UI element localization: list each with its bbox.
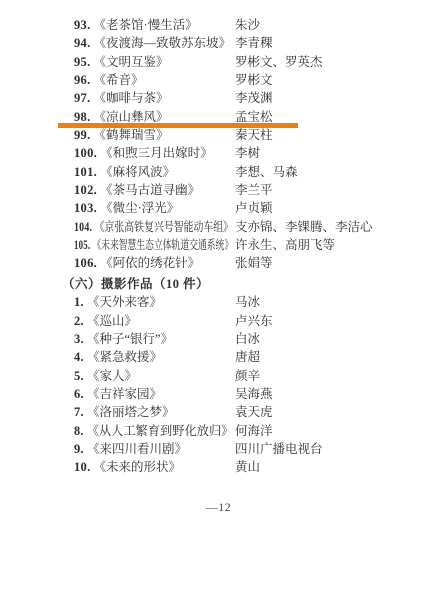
item-title: 《麻将风波》 (100, 165, 175, 179)
item-number: 4. (74, 350, 84, 364)
item-number: 95. (74, 55, 91, 69)
item-title-cell: 10.《未来的形状》 (74, 458, 235, 476)
list-item: 2.《巡山》卢兴东 (74, 312, 429, 330)
item-title: 《家人》 (87, 369, 137, 383)
item-number: 10. (74, 460, 91, 474)
list-item: 100.《和煦三月出嫁时》李树 (74, 144, 429, 162)
item-authors: 卢兴东 (235, 312, 273, 330)
item-authors: 秦天柱 (235, 126, 273, 144)
list-item: 102.《茶马古道寻幽》李兰平 (74, 181, 429, 199)
item-title: 《文明互鉴》 (94, 55, 169, 69)
item-title: 《未来智慧生态立体轨道交通系统》 (92, 238, 233, 252)
list-item: 93.《老茶馆·慢生活》朱沙 (74, 16, 429, 34)
list-item: 101.《麻将风波》李想、马森 (74, 163, 429, 181)
item-title-cell: 1.《天外来客》 (74, 293, 235, 311)
item-number: 104. (74, 220, 92, 234)
item-number: 1. (74, 295, 84, 309)
list-item: 97.《咖啡与茶》李茂渊 (74, 89, 429, 107)
item-number: 106. (74, 256, 97, 270)
item-authors: 四川广播电视台 (235, 440, 323, 458)
list-item: 8.《从人工繁育到野化放归》何海洋 (74, 422, 429, 440)
item-title-cell: 100.《和煦三月出嫁时》 (74, 144, 235, 162)
item-title-cell: 9.《来四川看川剧》 (74, 440, 235, 458)
item-authors: 何海洋 (235, 422, 273, 440)
item-number: 100. (74, 146, 97, 160)
list-item: 3.《种子“银行”》白冰 (74, 330, 429, 348)
item-number: 96. (74, 73, 91, 87)
item-number: 102. (74, 183, 97, 197)
item-title-cell: 104.《京张高铁复兴号智能动车组》 (74, 218, 201, 236)
item-number: 93. (74, 18, 91, 32)
item-authors: 张娟等 (235, 254, 273, 272)
item-title-cell: 6.《吉祥家园》 (74, 385, 235, 403)
item-title: 《天外来客》 (87, 295, 162, 309)
item-title-cell: 5.《家人》 (74, 367, 235, 385)
item-title: 《茶马古道寻幽》 (100, 183, 200, 197)
item-authors: 罗彬文 (235, 71, 273, 89)
item-title: 《凉山彝风》 (94, 110, 169, 124)
item-number: 101. (74, 165, 97, 179)
item-title: 《种子“银行”》 (87, 332, 173, 346)
item-number: 98. (74, 110, 91, 124)
item-authors: 李青稞 (235, 34, 273, 52)
list-item: 94.《夜渡海—致敬苏东坡》李青稞 (74, 34, 429, 52)
item-number: 7. (74, 405, 84, 419)
list-item: 9.《来四川看川剧》四川广播电视台 (74, 440, 429, 458)
item-authors: 白冰 (235, 330, 260, 348)
list-item: 106.《阿依的绣花针》张娟等 (74, 254, 429, 272)
item-title: 《鹤舞瑞雪》 (94, 128, 169, 142)
item-title: 《咖啡与茶》 (94, 91, 169, 105)
item-number: 2. (74, 314, 84, 328)
item-title-cell: 95.《文明互鉴》 (74, 53, 235, 71)
item-title: 《紧急救援》 (87, 350, 162, 364)
item-authors: 朱沙 (235, 16, 260, 34)
section-heading-photography: （六）摄影作品（10 件） (62, 275, 429, 293)
list-item: 7.《洛丽塔之梦》袁天虎 (74, 403, 429, 421)
list-item: 10.《未来的形状》黄山 (74, 458, 429, 476)
item-title: 《巡山》 (87, 314, 137, 328)
item-number: 9. (74, 442, 84, 456)
item-title-cell: 2.《巡山》 (74, 312, 235, 330)
item-title-cell: 102.《茶马古道寻幽》 (74, 181, 235, 199)
item-title-cell: 97.《咖啡与茶》 (74, 89, 235, 107)
highlight-underline (58, 123, 298, 128)
artworks-list: 93.《老茶馆·慢生活》朱沙 94.《夜渡海—致敬苏东坡》李青稞 95.《文明互… (74, 16, 429, 273)
page-content: 93.《老茶馆·慢生活》朱沙 94.《夜渡海—致敬苏东坡》李青稞 95.《文明互… (74, 16, 429, 477)
item-number: 105. (74, 238, 90, 252)
item-authors: 吴海燕 (235, 385, 273, 403)
list-item: 95.《文明互鉴》罗彬文、罗英杰 (74, 53, 429, 71)
list-item: 103.《微尘·浮光》卢贞颖 (74, 199, 429, 217)
page-number: —12 (0, 500, 437, 515)
document-page: 93.《老茶馆·慢生活》朱沙 94.《夜渡海—致敬苏东坡》李青稞 95.《文明互… (0, 0, 437, 606)
item-title: 《微尘·浮光》 (100, 201, 179, 215)
item-title: 《阿依的绣花针》 (100, 256, 200, 270)
list-item: 105.《未来智慧生态立体轨道交通系统》许永生、高朋飞等 (74, 236, 429, 254)
item-number: 6. (74, 387, 84, 401)
item-authors: 许永生、高朋飞等 (235, 236, 335, 254)
item-authors: 李兰平 (235, 181, 273, 199)
item-title-cell: 96.《希音》 (74, 71, 235, 89)
item-authors: 卢贞颖 (235, 199, 273, 217)
item-title-cell: 101.《麻将风波》 (74, 163, 235, 181)
item-title-cell: 7.《洛丽塔之梦》 (74, 403, 235, 421)
item-authors: 李茂渊 (235, 89, 273, 107)
item-authors: 唐超 (235, 348, 260, 366)
list-item: 1.《天外来客》马冰 (74, 293, 429, 311)
item-number: 5. (74, 369, 84, 383)
item-title-cell: 106.《阿依的绣花针》 (74, 254, 235, 272)
item-authors: 李树 (235, 144, 260, 162)
item-title: 《京张高铁复兴号智能动车组》 (95, 220, 233, 234)
item-number: 3. (74, 332, 84, 346)
item-title: 《老茶馆·慢生活》 (94, 18, 198, 32)
item-number: 97. (74, 91, 91, 105)
list-item: 96.《希音》罗彬文 (74, 71, 429, 89)
list-item: 98.《凉山彝风》孟宝松 (74, 108, 429, 126)
item-title-cell: 3.《种子“银行”》 (74, 330, 235, 348)
item-title: 《夜渡海—致敬苏东坡》 (94, 36, 232, 50)
item-title-cell: 93.《老茶馆·慢生活》 (74, 16, 235, 34)
list-item: 4.《紧急救援》唐超 (74, 348, 429, 366)
item-title-cell: 8.《从人工繁育到野化放归》 (74, 422, 231, 440)
item-number: 103. (74, 201, 97, 215)
item-authors: 袁天虎 (235, 403, 273, 421)
item-authors: 黄山 (235, 458, 260, 476)
item-title-cell: 99.《鹤舞瑞雪》 (74, 126, 235, 144)
item-number: 94. (74, 36, 91, 50)
item-number: 8. (74, 424, 84, 438)
item-number: 99. (74, 128, 91, 142)
item-authors: 颜辛 (235, 367, 260, 385)
item-authors: 李想、马森 (235, 163, 298, 181)
item-title: 《洛丽塔之梦》 (87, 405, 175, 419)
item-authors: 支亦锦、李锞腾、李洁心 (235, 218, 373, 236)
item-authors: 罗彬文、罗英杰 (235, 53, 323, 71)
item-title-cell: 105.《未来智慧生态立体轨道交通系统》 (74, 236, 187, 254)
list-item: 6.《吉祥家园》吴海燕 (74, 385, 429, 403)
list-item: 104.《京张高铁复兴号智能动车组》支亦锦、李锞腾、李洁心 (74, 218, 429, 236)
item-title: 《吉祥家园》 (87, 387, 162, 401)
item-title: 《和煦三月出嫁时》 (100, 146, 213, 160)
item-title: 《希音》 (94, 73, 144, 87)
item-title: 《未来的形状》 (94, 460, 182, 474)
item-title-cell: 94.《夜渡海—致敬苏东坡》 (74, 34, 235, 52)
item-title-cell: 103.《微尘·浮光》 (74, 199, 235, 217)
photography-list: 1.《天外来客》马冰 2.《巡山》卢兴东 3.《种子“银行”》白冰 4.《紧急救… (74, 293, 429, 476)
item-title: 《来四川看川剧》 (87, 442, 187, 456)
list-item: 5.《家人》颜辛 (74, 367, 429, 385)
item-title: 《从人工繁育到野化放归》 (87, 424, 234, 438)
item-title-cell: 4.《紧急救援》 (74, 348, 235, 366)
list-item: 99.《鹤舞瑞雪》秦天柱 (74, 126, 429, 144)
item-authors: 马冰 (235, 293, 260, 311)
